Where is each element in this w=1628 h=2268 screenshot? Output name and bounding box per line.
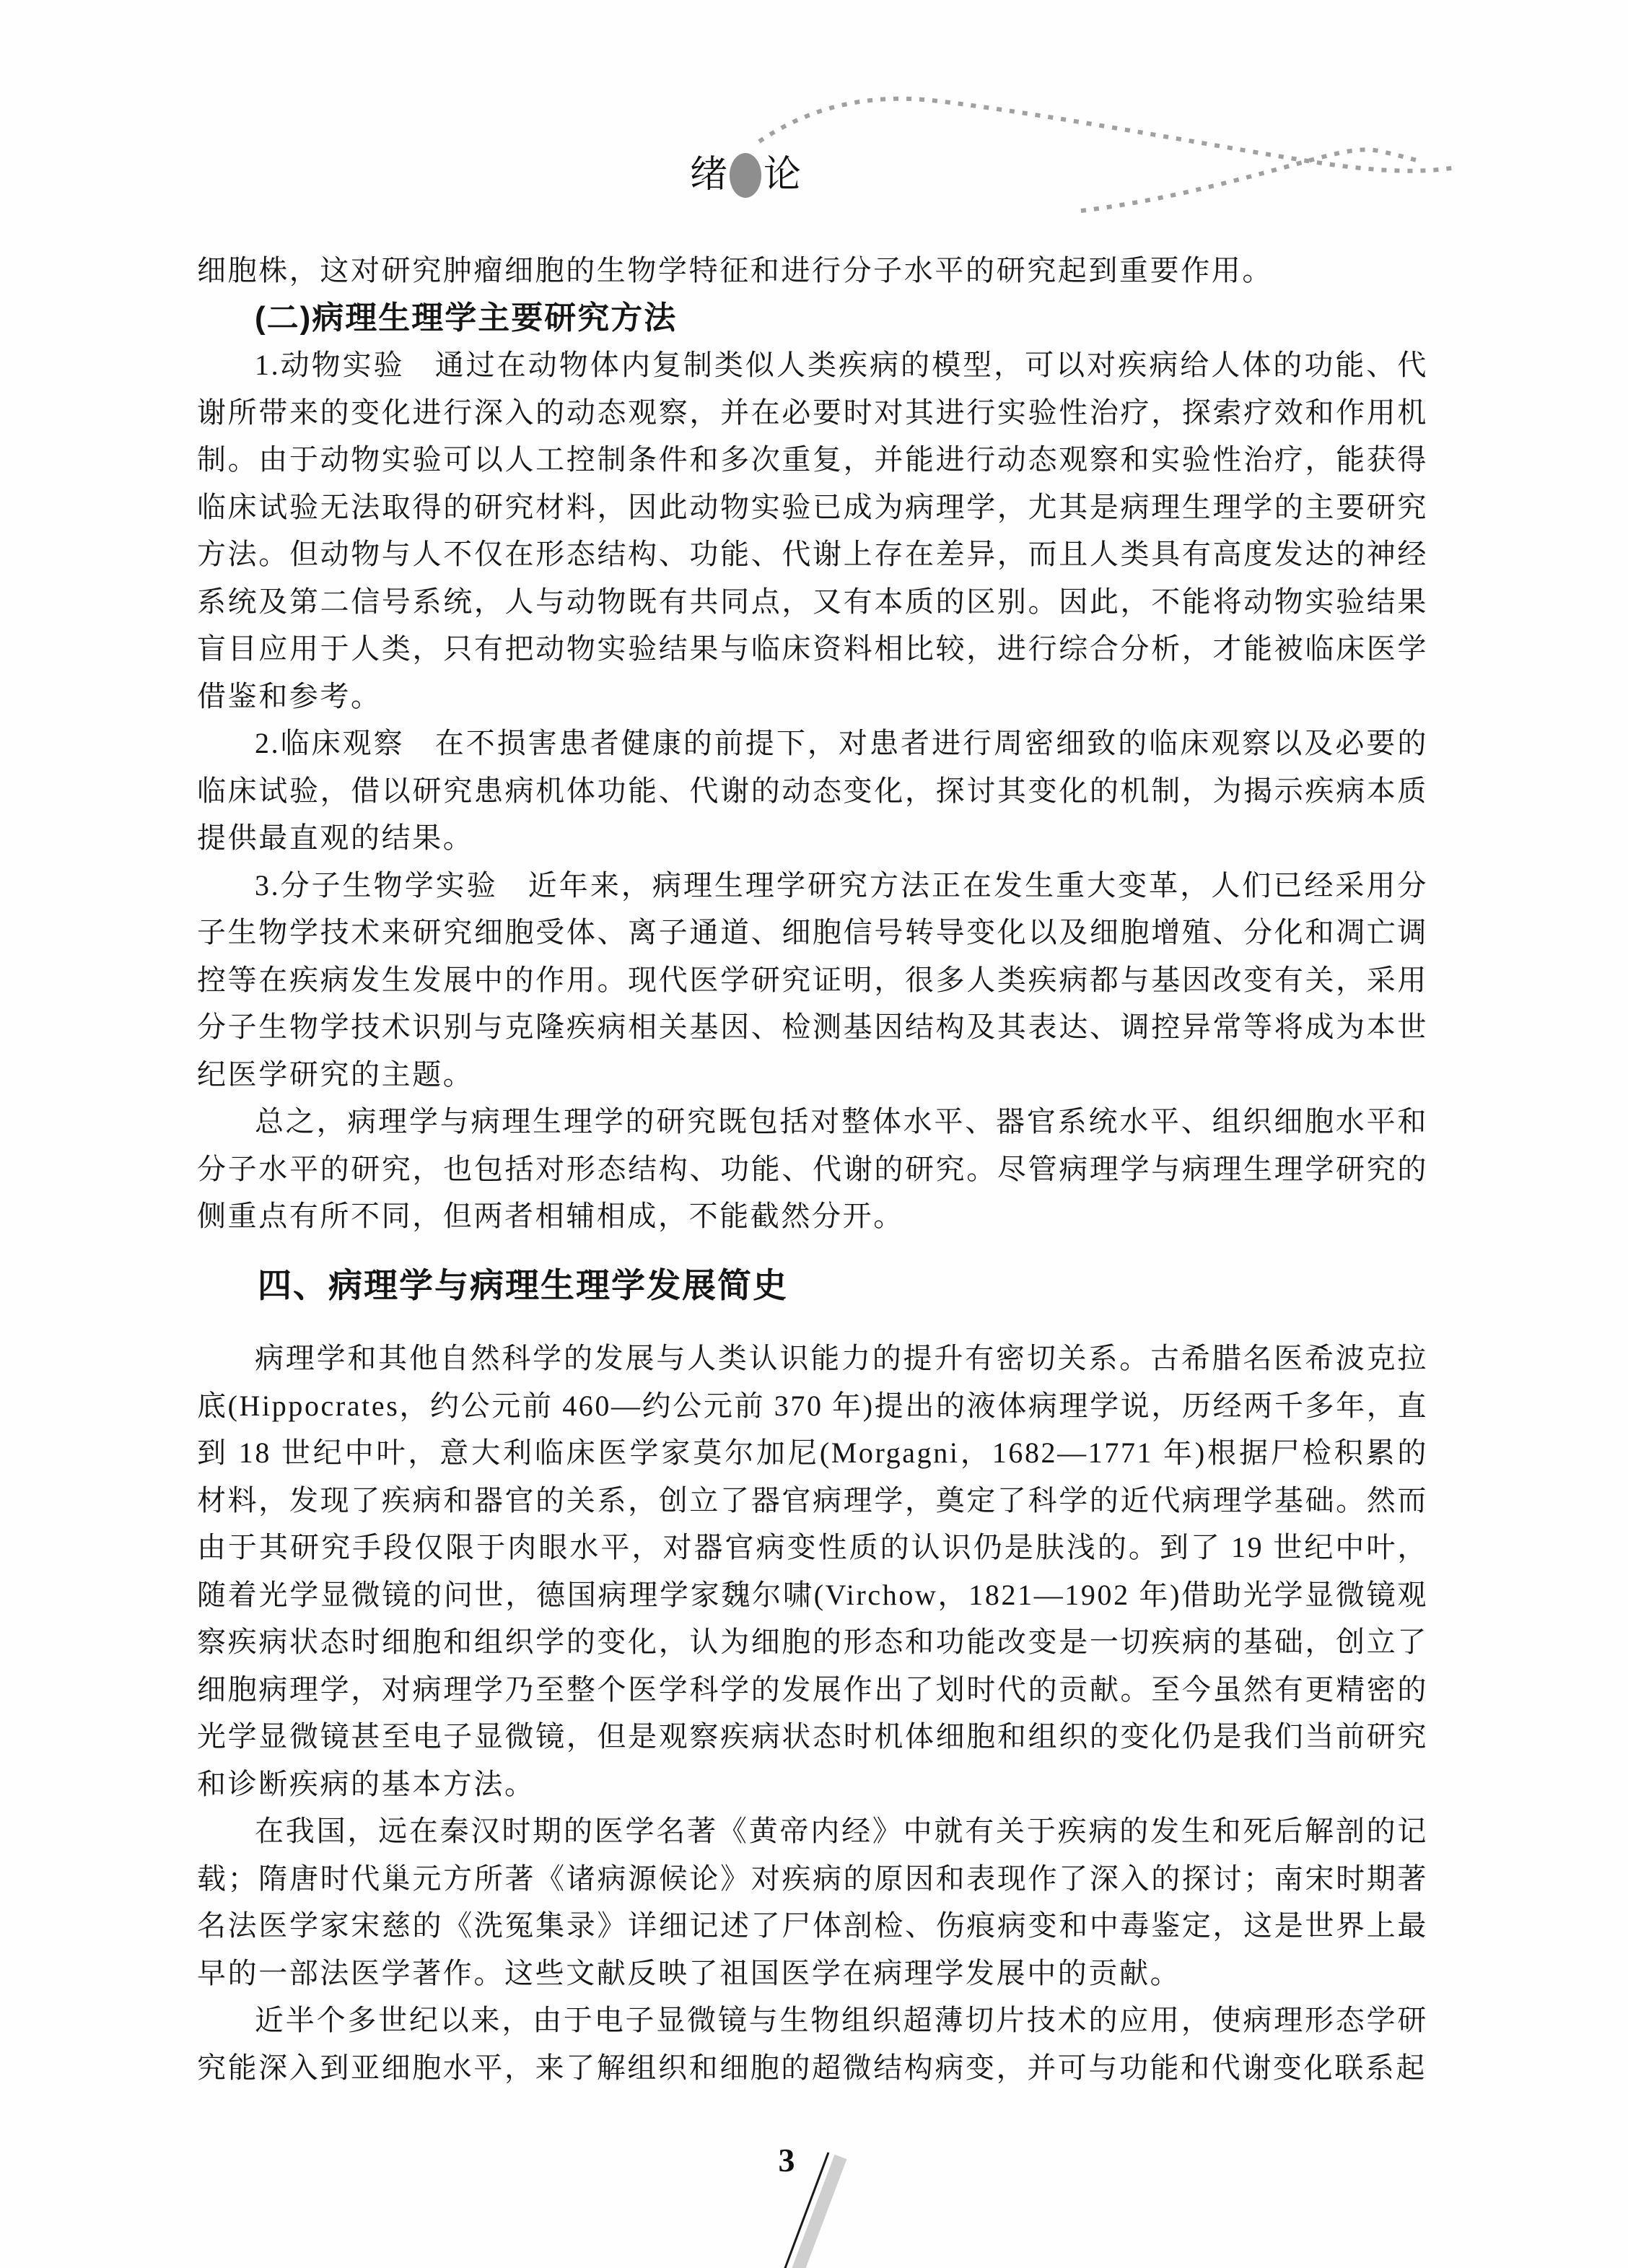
method-text-1: 通过在动物体内复制类似人类疾病的模型，可以对疾病给人体的功能、代谢所带来的变化进…	[197, 349, 1428, 712]
page-number: 3	[766, 2141, 807, 2179]
paragraph-intro-continuation: 细胞株，这对研究肿瘤细胞的生物学特征和进行分子水平的研究起到重要作用。	[197, 247, 1428, 295]
paragraph-history-west: 病理学和其他自然科学的发展与人类认识能力的提升有密切关系。古希腊名医希波克拉底(…	[197, 1335, 1428, 1807]
chapter-title: 绪 论	[690, 153, 801, 198]
footer-slash-decoration	[0, 2122, 1628, 2268]
paragraph-history-china: 在我国，远在秦汉时期的医学名著《黄帝内经》中就有关于疾病的发生和死后解剖的记载；…	[197, 1807, 1428, 1997]
paragraph-clinical-observation: 2.临床观察在不损害患者健康的前提下，对患者进行周密细致的临床观察以及必要的临床…	[197, 720, 1428, 862]
paragraph-animal-experiment: 1.动物实验通过在动物体内复制类似人类疾病的模型，可以对疾病给人体的功能、代谢所…	[197, 341, 1428, 720]
title-circle-ornament	[730, 153, 761, 198]
method-label-3: 3.分子生物学实验	[255, 869, 498, 902]
dotted-curve-upper	[759, 99, 1459, 171]
method-label-1: 1.动物实验	[255, 349, 405, 381]
chapter-title-char-right: 论	[763, 157, 801, 194]
body-text-block: 细胞株，这对研究肿瘤细胞的生物学特征和进行分子水平的研究起到重要作用。 (二)病…	[197, 247, 1428, 2091]
paragraph-molecular-biology: 3.分子生物学实验近年来，病理生理学研究方法正在发生重大变革，人们已经采用分子生…	[197, 862, 1428, 1099]
method-text-3: 近年来，病理生理学研究方法正在发生重大变革，人们已经采用分子生物学技术来研究细胞…	[197, 869, 1428, 1091]
section-heading: 四、病理学与病理生理学发展简史	[197, 1262, 1428, 1309]
method-label-2: 2.临床观察	[255, 727, 405, 759]
textbook-page: 绪 论 细胞株，这对研究肿瘤细胞的生物学特征和进行分子水平的研究起到重要作用。 …	[0, 0, 1628, 2268]
paragraph-summary: 总之，病理学与病理生理学的研究既包括对整体水平、器官系统水平、组织细胞水平和分子…	[197, 1098, 1428, 1240]
chapter-title-char-left: 绪	[690, 157, 727, 194]
paragraph-history-modern: 近半个多世纪以来，由于电子显微镜与生物组织超薄切片技术的应用，使病理形态学研究能…	[197, 1997, 1428, 2091]
subsection-heading: (二)病理生理学主要研究方法	[197, 295, 1428, 342]
dotted-curve-lower	[1081, 149, 1417, 211]
